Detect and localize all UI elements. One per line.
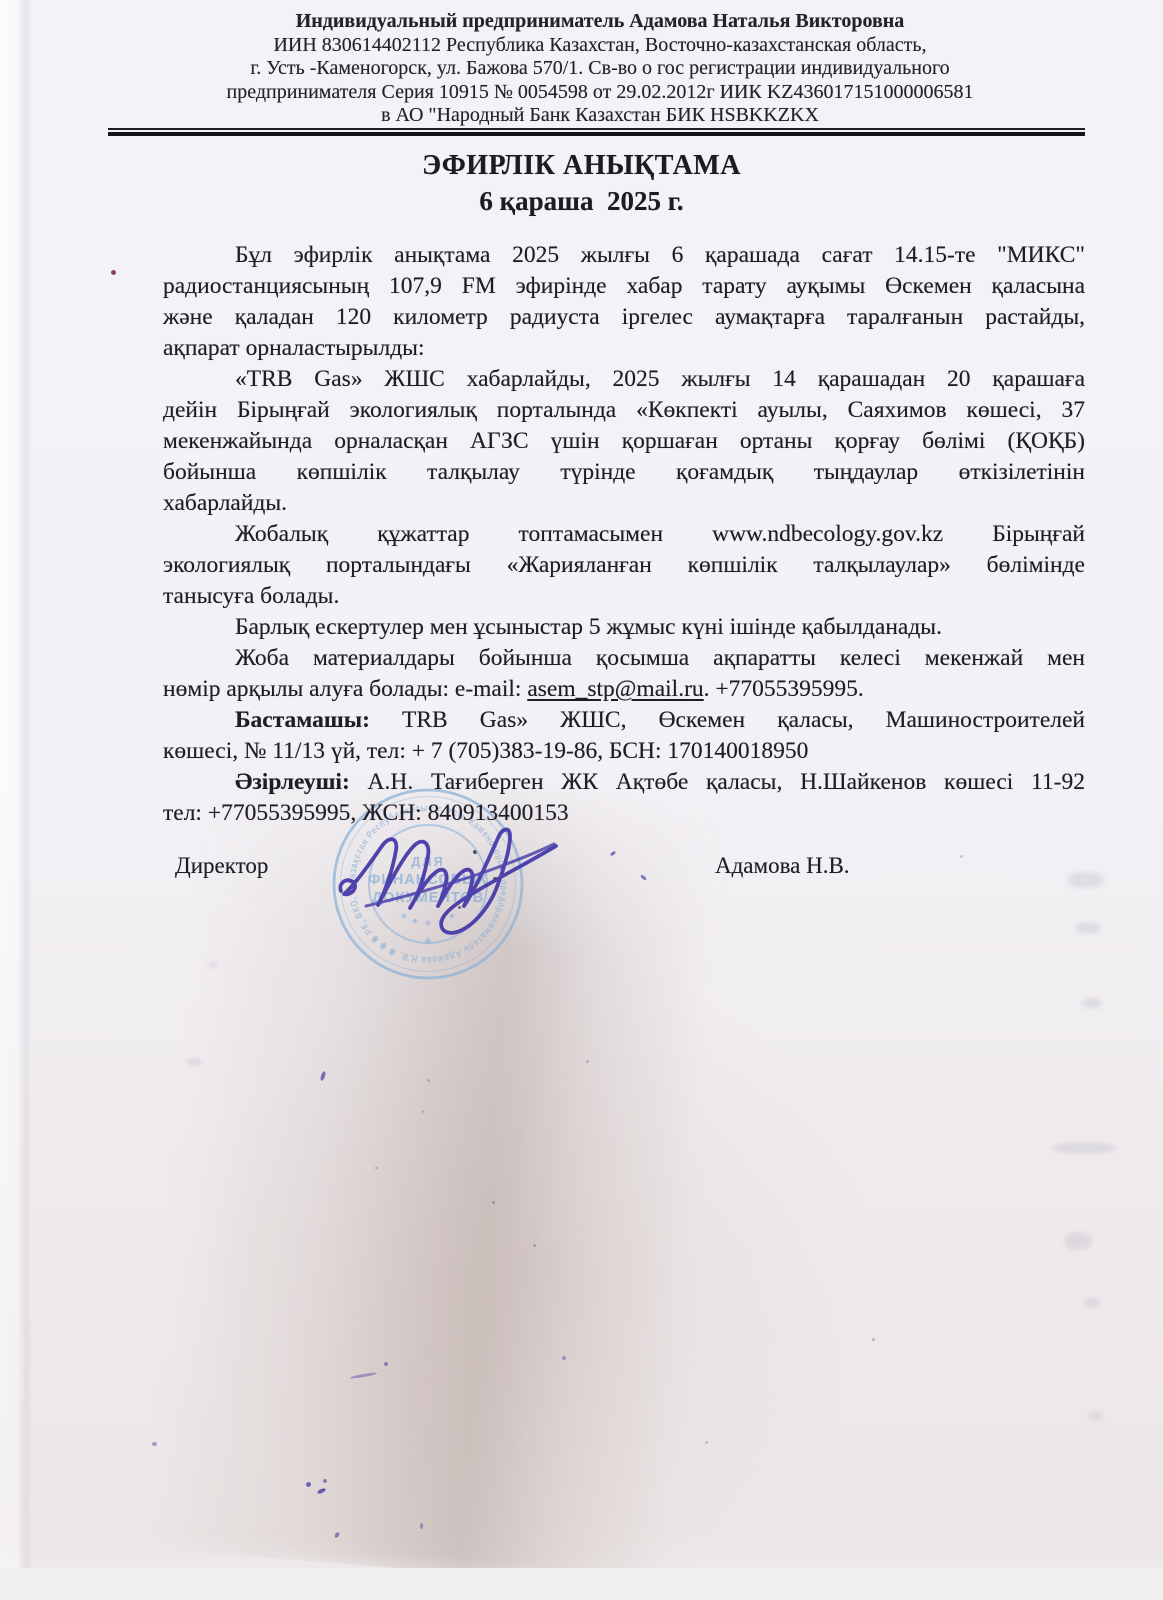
- developer-text: А.Н. Тағиберген ЖК Ақтөбе қаласы, Н.Шайк…: [350, 769, 1085, 795]
- bleed-through-smudge: [1082, 998, 1102, 1008]
- header-divider: [108, 128, 1085, 136]
- body-line: ақпарат орналастырылды:: [163, 333, 1085, 364]
- ink-speck: [492, 1201, 495, 1204]
- body-line: және қаладан 120 километр радиуста іргел…: [163, 302, 1085, 333]
- scan-left-edge: [0, 0, 32, 1600]
- body-line: танысуға болады.: [163, 581, 1085, 612]
- document-body: Бұл эфирлік анықтама 2025 жылғы 6 қараша…: [163, 240, 1085, 829]
- body-line: «TRB Gas» ЖШС хабарлайды, 2025 жылғы 14 …: [163, 364, 1085, 395]
- ink-speck: [586, 1060, 589, 1063]
- bleed-through-smudge: [1076, 922, 1100, 934]
- bleed-through-smudge: [208, 962, 218, 968]
- body-line: радиостанциясының 107,9 FM эфирінде хаба…: [163, 271, 1085, 302]
- signer-position: Директор: [175, 850, 268, 881]
- body-line-initiator: Бастамашы: TRB Gas» ЖШС, Өскемен қаласы,…: [163, 705, 1085, 736]
- ink-speck: [872, 1338, 875, 1341]
- ink-speck: [562, 1356, 566, 1360]
- body-line: Барлық ескертулер мен ұсыныстар 5 жұмыс …: [163, 612, 1085, 643]
- ink-speck: [375, 1167, 378, 1169]
- signature-ink: [320, 815, 580, 940]
- document-title: ЭФИРЛІК АНЫҚТАМА: [0, 150, 1163, 182]
- signature-stroke-main: [340, 829, 556, 932]
- letterhead-owner: Индивидуальный предприниматель Адамова Н…: [145, 10, 1055, 34]
- signature-row: Директор Адамова Н.В.: [163, 850, 1085, 881]
- document-date: 6 қараша 2025 г.: [0, 186, 1163, 217]
- contact-text: нөмір арқылы алуға болады: e-mail:: [163, 676, 527, 702]
- scanned-document-page: Индивидуальный предприниматель Адамова Н…: [0, 0, 1163, 1600]
- email-address: asem_stp@mail.ru: [527, 676, 703, 702]
- body-line: бойынша көпшілік талқылау түрінде қоғамд…: [163, 457, 1085, 488]
- ink-speck: [533, 1244, 536, 1247]
- signer-name: Адамова Н.В.: [715, 850, 850, 881]
- body-line: мекенжайында орналасқан АГЗС үшін қоршағ…: [163, 426, 1085, 457]
- letterhead: Индивидуальный предприниматель Адамова Н…: [145, 10, 1055, 128]
- bleed-through-smudge: [1052, 1142, 1116, 1154]
- initiator-label: Бастамашы:: [235, 707, 370, 733]
- body-line: көшесі, № 11/13 үй, тел: + 7 (705)383-19…: [163, 736, 1085, 767]
- initiator-text: TRB Gas» ЖШС, Өскемен қаласы, Машиностро…: [370, 707, 1085, 733]
- body-line-developer: Әзірлеуші: А.Н. Тағиберген ЖК Ақтөбе қал…: [163, 767, 1085, 798]
- body-line: хабарлайды.: [163, 488, 1085, 519]
- body-line: тел: +77055395995, ЖСН: 840913400153: [163, 798, 1085, 829]
- body-line: Жоба материалдары бойынша қосымша ақпара…: [163, 643, 1085, 674]
- letterhead-bank: в АО "Народный Банк Казахстан БИК HSBKKZ…: [145, 104, 1055, 128]
- body-line: дейін Бірыңғай экологиялық порталында «К…: [163, 395, 1085, 426]
- body-line-contact: нөмір арқылы алуға болады: e-mail: asem_…: [163, 674, 1085, 705]
- ink-speck: [323, 1479, 327, 1483]
- bleed-through-smudge: [1064, 1232, 1092, 1250]
- ink-speck: [705, 1441, 708, 1444]
- ink-speck: [422, 1110, 424, 1113]
- scanner-bed-edge: [0, 1568, 1163, 1600]
- letterhead-iin: ИИН 830614402112 Республика Казахстан, В…: [145, 34, 1055, 58]
- contact-phone: . +77055395995.: [704, 676, 864, 702]
- ink-speck: [384, 1362, 388, 1366]
- ink-speck: [420, 1523, 423, 1529]
- developer-label: Әзірлеуші:: [235, 769, 350, 795]
- body-line: Жобалық құжаттар топтамасымен www.ndbeco…: [163, 519, 1085, 550]
- ink-speck: [152, 1442, 157, 1446]
- ink-speck: [111, 270, 116, 275]
- bleed-through-smudge: [1084, 1298, 1100, 1308]
- bleed-through-smudge: [186, 1058, 202, 1066]
- ink-speck: [306, 1482, 311, 1487]
- ink-speck: [427, 1079, 430, 1082]
- letterhead-registration: предпринимателя Серия 10915 № 0054598 от…: [145, 81, 1055, 105]
- letterhead-address: г. Усть -Каменогорск, ул. Бажова 570/1. …: [145, 57, 1055, 81]
- body-line: экологиялық порталындағы «Жарияланған кө…: [163, 550, 1085, 581]
- bleed-through-smudge: [1088, 1412, 1103, 1420]
- body-line: Бұл эфирлік анықтама 2025 жылғы 6 қараша…: [163, 240, 1085, 271]
